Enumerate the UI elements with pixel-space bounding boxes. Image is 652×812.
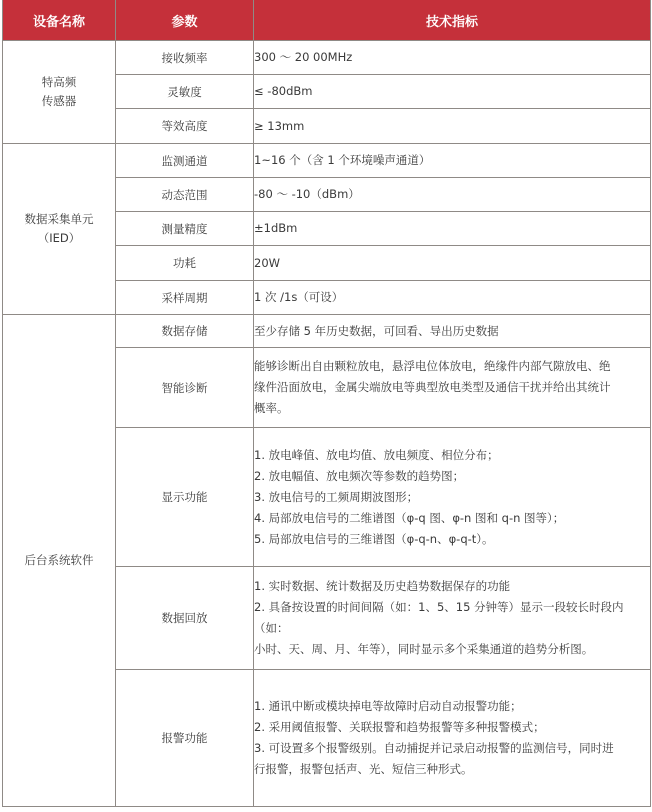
value-line: 1. 放电峰值、放电均值、放电频度、相位分布； <box>254 445 650 466</box>
value-line: ±1dBm <box>254 218 650 239</box>
value-line: 300 ～ 20 00MHz <box>254 47 650 68</box>
value-line: 概率。 <box>254 398 650 419</box>
param-cell: 动态范围 <box>116 178 254 212</box>
value-cell: 能够诊断出自由颗粒放电，悬浮电位体放电，绝缘件内部气隙放电、绝 缘件沿面放电，金… <box>254 348 651 428</box>
param-cell: 接收频率 <box>116 41 254 75</box>
group-name-ied: 数据采集单元 （IED） <box>3 144 116 315</box>
value-line: 1 次 /1s（可设） <box>254 287 650 308</box>
value-cell: ±1dBm <box>254 212 651 246</box>
param-cell: 采样周期 <box>116 281 254 315</box>
param-cell: 智能诊断 <box>116 348 254 428</box>
table-header-row: 设备名称 参数 技术指标 <box>3 0 651 41</box>
value-cell: 1. 放电峰值、放电均值、放电频度、相位分布； 2. 放电幅值、放电频次等参数的… <box>254 428 651 567</box>
value-cell: -80 ～ -10（dBm） <box>254 178 651 212</box>
group-name-uhf-sensor: 特高频 传感器 <box>3 41 116 144</box>
value-line: 小时、天、周、月、年等），同时显示多个采集通道的趋势分析图。 <box>254 639 650 660</box>
value-line: 4. 局部放电信号的二维谱图（φ-q 图、φ-n 图和 q-n 图等）； <box>254 508 650 529</box>
group-name-line: （IED） <box>3 229 115 248</box>
param-cell: 测量精度 <box>116 212 254 246</box>
value-line: 至少存储 5 年历史数据，可回看、导出历史数据 <box>254 321 650 342</box>
value-line: -80 ～ -10（dBm） <box>254 184 650 205</box>
value-cell: ≤ -80dBm <box>254 75 651 109</box>
table-row: 后台系统软件 数据存储 至少存储 5 年历史数据，可回看、导出历史数据 <box>3 315 651 348</box>
value-line: 2. 采用阈值报警、关联报警和趋势报警等多种报警模式； <box>254 717 650 738</box>
value-cell: 20W <box>254 246 651 281</box>
value-line: 2. 具备按设置的时间间隔（如：1、5、15 分钟等）显示一段较长时段内（如： <box>254 597 650 639</box>
value-cell: 1. 通讯中断或模块掉电等故障时启动自动报警功能； 2. 采用阈值报警、关联报警… <box>254 670 651 807</box>
value-line: 能够诊断出自由颗粒放电，悬浮电位体放电，绝缘件内部气隙放电、绝 <box>254 356 650 377</box>
value-cell: 1. 实时数据、统计数据及历史趋势数据保存的功能 2. 具备按设置的时间间隔（如… <box>254 567 651 670</box>
value-cell: 至少存储 5 年历史数据，可回看、导出历史数据 <box>254 315 651 348</box>
value-cell: ≥ 13mm <box>254 109 651 144</box>
group-name-line: 数据采集单元 <box>3 210 115 229</box>
param-cell: 等效高度 <box>116 109 254 144</box>
value-line: 2. 放电幅值、放电频次等参数的趋势图； <box>254 466 650 487</box>
value-line: 1. 通讯中断或模块掉电等故障时启动自动报警功能； <box>254 696 650 717</box>
table-row: 特高频 传感器 接收频率 300 ～ 20 00MHz <box>3 41 651 75</box>
param-cell: 数据回放 <box>116 567 254 670</box>
param-cell: 显示功能 <box>116 428 254 567</box>
header-device-name: 设备名称 <box>3 0 116 41</box>
header-spec: 技术指标 <box>254 0 651 41</box>
value-line: ≥ 13mm <box>254 116 650 137</box>
value-line: 20W <box>254 253 650 274</box>
value-line: 行报警，报警包括声、光、短信三种形式。 <box>254 759 650 780</box>
group-name-line: 后台系统软件 <box>3 551 115 570</box>
value-line: ≤ -80dBm <box>254 81 650 102</box>
value-line: 5. 局部放电信号的三维谱图（φ-q-n、φ-q-t）。 <box>254 529 650 550</box>
table-row: 数据采集单元 （IED） 监测通道 1~16 个（含 1 个环境噪声通道） <box>3 144 651 178</box>
value-cell: 300 ～ 20 00MHz <box>254 41 651 75</box>
param-cell: 灵敏度 <box>116 75 254 109</box>
param-cell: 监测通道 <box>116 144 254 178</box>
param-cell: 功耗 <box>116 246 254 281</box>
value-line: 3. 可设置多个报警级别。自动捕捉并记录启动报警的监测信号，同时进 <box>254 738 650 759</box>
group-name-line: 特高频 <box>3 73 115 92</box>
value-line: 1. 实时数据、统计数据及历史趋势数据保存的功能 <box>254 576 650 597</box>
param-cell: 数据存储 <box>116 315 254 348</box>
value-cell: 1~16 个（含 1 个环境噪声通道） <box>254 144 651 178</box>
param-cell: 报警功能 <box>116 670 254 807</box>
spec-table: 设备名称 参数 技术指标 特高频 传感器 接收频率 300 ～ 20 00MHz… <box>2 0 651 807</box>
value-line: 1~16 个（含 1 个环境噪声通道） <box>254 150 650 171</box>
value-cell: 1 次 /1s（可设） <box>254 281 651 315</box>
header-parameter: 参数 <box>116 0 254 41</box>
group-name-backend-software: 后台系统软件 <box>3 315 116 807</box>
value-line: 3. 放电信号的工频周期波图形； <box>254 487 650 508</box>
value-line: 缘件沿面放电，金属尖端放电等典型放电类型及通信干扰并给出其统计 <box>254 377 650 398</box>
group-name-line: 传感器 <box>3 92 115 111</box>
